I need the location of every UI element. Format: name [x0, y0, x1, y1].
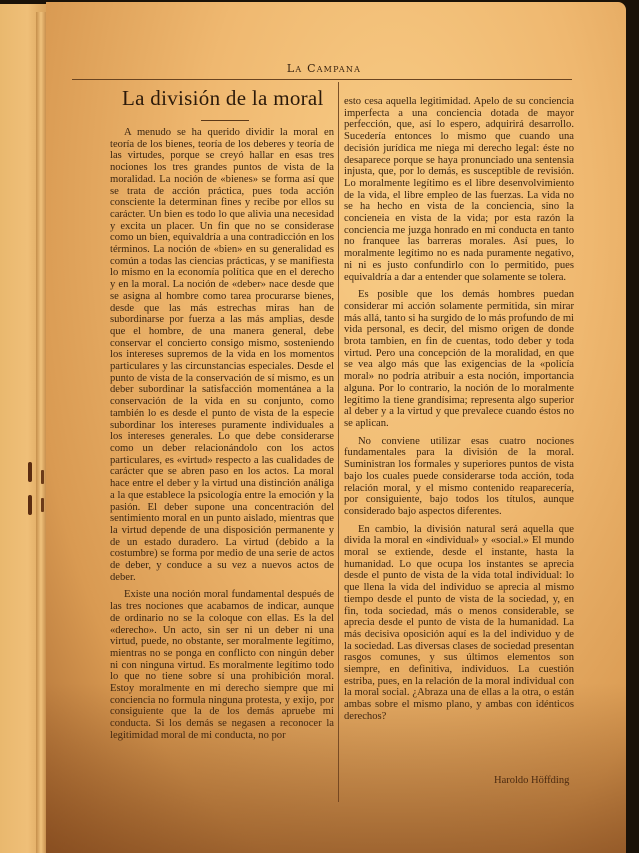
running-head: La Campana: [74, 62, 574, 75]
staple-mark: [28, 495, 32, 515]
article-title: La división de la moral: [122, 86, 342, 111]
paragraph: En cambio, la división natural será aque…: [344, 524, 574, 723]
title-ornament-rule: [201, 120, 249, 121]
staple-mark: [41, 498, 44, 512]
paragraph: Existe una noción moral fundamental desp…: [110, 589, 334, 741]
right-column: esto cesa aquella legitimidad. Apelo de …: [344, 96, 574, 729]
paragraph: No conviene utilizar esas cuatro nocione…: [344, 436, 574, 518]
paragraph: esto cesa aquella legitimidad. Apelo de …: [344, 96, 574, 283]
left-column: A menudo se ha querido dividir la moral …: [110, 127, 334, 748]
paragraph: Es posible que los demás hombres puedan …: [344, 289, 574, 429]
header-rule: [72, 79, 572, 80]
magazine-page: La Campana La división de la moral A men…: [46, 2, 626, 853]
staple-mark: [41, 470, 44, 484]
binding-spine: [36, 12, 46, 853]
column-divider: [338, 82, 339, 802]
paragraph: A menudo se ha querido dividir la moral …: [110, 127, 334, 583]
staple-mark: [28, 462, 32, 482]
author-signature: Haroldo Höffding: [494, 775, 569, 786]
